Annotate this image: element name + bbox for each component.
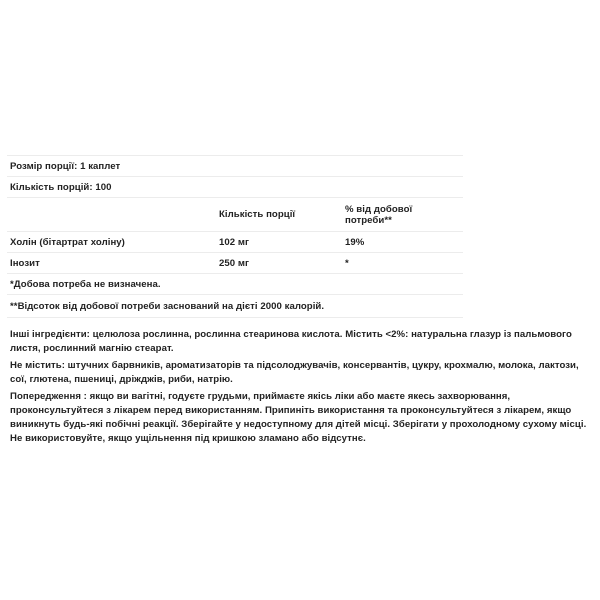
nutrient-name: Інозит bbox=[10, 258, 219, 269]
serving-size-row: Розмір порції: 1 каплет bbox=[7, 156, 463, 177]
footnote-row: *Добова потреба не визначена. bbox=[7, 274, 463, 295]
amount-header: Кількість порції bbox=[219, 209, 345, 220]
supplement-facts-table: Розмір порції: 1 каплет Кількість порцій… bbox=[7, 155, 463, 318]
free-from-statement: Не містить: штучних барвників, ароматиза… bbox=[10, 359, 595, 387]
other-ingredients: Інші інгредієнти: целюлоза рослинна, рос… bbox=[10, 328, 595, 356]
nutrient-dv: * bbox=[345, 258, 455, 269]
table-row: Холін (бітартрат холіну) 102 мг 19% bbox=[7, 232, 463, 253]
nutrient-amount: 250 мг bbox=[219, 258, 345, 269]
daily-value-header: % від добової потреби** bbox=[345, 204, 455, 226]
servings-count-row: Кількість порцій: 100 bbox=[7, 177, 463, 198]
table-row: Інозит 250 мг * bbox=[7, 253, 463, 274]
footnote-row: **Відсоток від добової потреби засновани… bbox=[7, 295, 463, 318]
table-header-row: Кількість порції % від добової потреби** bbox=[7, 198, 463, 232]
nutrient-amount: 102 мг bbox=[219, 237, 345, 248]
footnote-daily-value-basis: **Відсоток від добової потреби засновани… bbox=[10, 301, 324, 312]
footnote-not-established: *Добова потреба не визначена. bbox=[10, 279, 161, 290]
servings-count: Кількість порцій: 100 bbox=[10, 182, 111, 193]
serving-size: Розмір порції: 1 каплет bbox=[10, 161, 120, 172]
nutrient-name: Холін (бітартрат холіну) bbox=[10, 237, 219, 248]
warning-statement: Попередження : якщо ви вагітні, годуєте … bbox=[10, 390, 595, 446]
nutrient-dv: 19% bbox=[345, 237, 455, 248]
